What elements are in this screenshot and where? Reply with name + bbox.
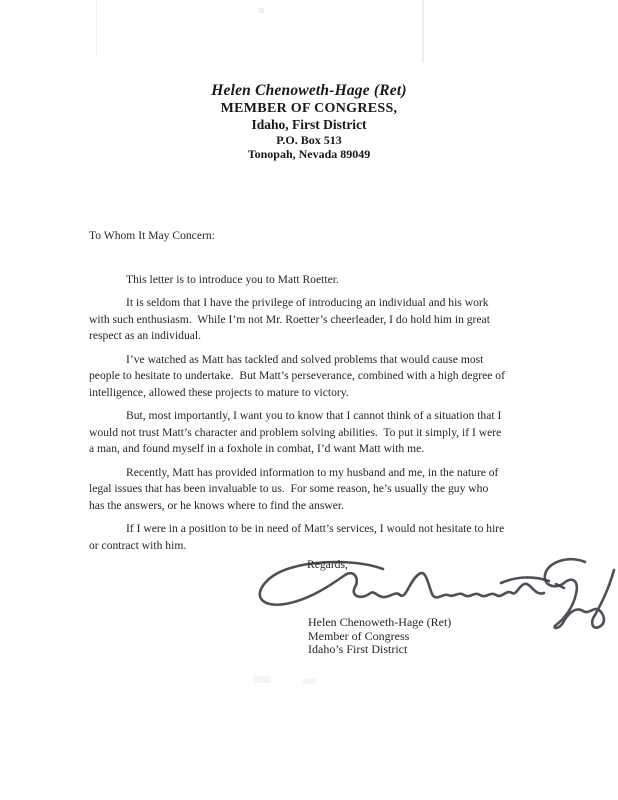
scan-artifact-line: [96, 0, 97, 55]
letterhead-title: MEMBER OF CONGRESS,: [0, 100, 618, 117]
closing-regards: Regards,: [307, 558, 348, 571]
paragraph: If I were in a position to be in need of…: [89, 521, 601, 554]
scan-artifact-speck: [259, 8, 264, 13]
scan-artifact-speck: [253, 676, 271, 683]
scanned-letter-page: Helen Chenoweth-Hage (Ret) MEMBER OF CON…: [0, 0, 618, 800]
paragraph: I’ve watched as Matt has tackled and sol…: [89, 352, 601, 402]
scan-artifact-line: [422, 0, 424, 62]
paragraph: But, most importantly, I want you to kno…: [89, 408, 601, 458]
letter-body: To Whom It May Concern: This letter is t…: [89, 228, 601, 561]
letterhead-district: Idaho, First District: [0, 117, 618, 133]
letterhead-name: Helen Chenoweth-Hage (Ret): [0, 82, 618, 100]
handwritten-signature-icon: [233, 553, 617, 635]
letterhead: Helen Chenoweth-Hage (Ret) MEMBER OF CON…: [0, 82, 618, 161]
signature-path: [545, 559, 614, 628]
letterhead-city: Tonopah, Nevada 89049: [0, 147, 618, 161]
paragraph: Recently, Matt has provided information …: [89, 465, 601, 515]
scan-artifact-speck: [303, 678, 316, 684]
signature-path: [501, 577, 549, 583]
salutation: To Whom It May Concern:: [89, 228, 601, 245]
signature-district: Idaho’s First District: [308, 643, 451, 657]
paragraph: It is seldom that I have the privilege o…: [89, 295, 601, 345]
paragraph: This letter is to introduce you to Matt …: [89, 272, 601, 289]
letterhead-po-box: P.O. Box 513: [0, 133, 618, 147]
